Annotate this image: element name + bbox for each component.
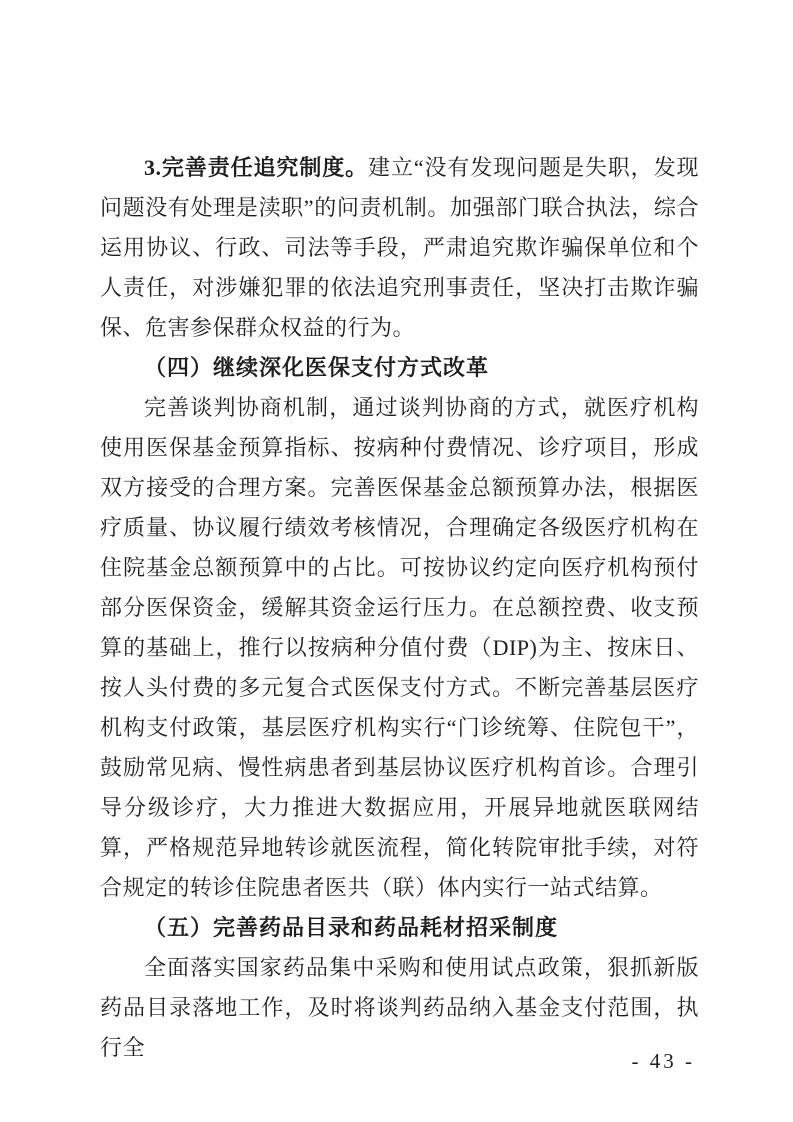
text-run: 全面落实国家药品集中采购和使用试点政策，狠抓新版药品目录落地工作，及时将谈判药品…	[100, 955, 699, 1060]
section-heading: （五）完善药品目录和药品耗材招采制度	[100, 908, 699, 948]
paragraph: 3.完善责任追究制度。建立“没有发现问题是失职，发现问题没有处理是渎职”的问责机…	[100, 148, 699, 348]
text-run: 建立“没有发现问题是失职，发现问题没有处理是渎职”的问责机制。加强部门联合执法，…	[100, 155, 699, 340]
text-run: 完善谈判协商机制，通过谈判协商的方式，就医疗机构使用医保基金预算指标、按病种付费…	[100, 395, 699, 900]
paragraph: 全面落实国家药品集中采购和使用试点政策，狠抓新版药品目录落地工作，及时将谈判药品…	[100, 948, 699, 1068]
paragraph: 完善谈判协商机制，通过谈判协商的方式，就医疗机构使用医保基金预算指标、按病种付费…	[100, 388, 699, 908]
bold-text-run: （四）继续深化医保支付方式改革	[144, 355, 489, 380]
document-page: 3.完善责任追究制度。建立“没有发现问题是失职，发现问题没有处理是渎职”的问责机…	[0, 0, 793, 1122]
bold-text-run: （五）完善药品目录和药品耗材招采制度	[144, 915, 558, 940]
bold-text-run: 3.完善责任追究制度。	[144, 155, 368, 180]
document-body: 3.完善责任追究制度。建立“没有发现问题是失职，发现问题没有处理是渎职”的问责机…	[100, 148, 699, 1068]
page-number: - 43 -	[632, 1046, 696, 1076]
section-heading: （四）继续深化医保支付方式改革	[100, 348, 699, 388]
